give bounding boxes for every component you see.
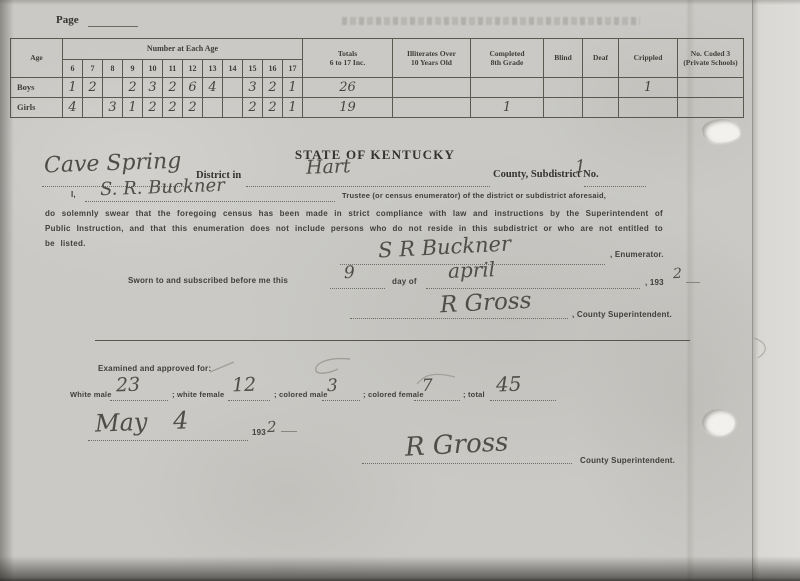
- pencil-dash: [281, 430, 297, 432]
- cell-boys-age-6: 1: [63, 78, 83, 98]
- blank-line: [362, 462, 572, 464]
- white-male-label: White male: [70, 390, 112, 399]
- col-header-age-12: 12: [183, 60, 203, 78]
- col-header-age-10: 10: [143, 60, 163, 78]
- cell-boys-extra-3: [544, 78, 583, 98]
- cell-boys-age-13: 4: [203, 78, 223, 98]
- trustee-role-label: Trustee (or census enumerator) of the di…: [342, 191, 606, 200]
- district-name-handwritten: Cave Spring: [44, 149, 182, 179]
- cell-girls-extra-2: 1: [471, 98, 544, 118]
- col-header-extra-5: Crippled: [619, 39, 678, 78]
- cell-boys-age-7: 2: [83, 78, 103, 98]
- col-header-age-14: 14: [223, 60, 243, 78]
- col-header-age-16: 16: [263, 60, 283, 78]
- blank-line: [110, 399, 168, 401]
- punch-hole-top: [702, 119, 740, 143]
- blank-line: [228, 399, 270, 401]
- cell-girls-age-16: 2: [263, 98, 283, 118]
- blank-line: [322, 399, 360, 401]
- cell-boys-extra-5: 1: [619, 78, 678, 98]
- cell-boys-age-15: 3: [243, 78, 263, 98]
- cell-girls-age-13: [203, 98, 223, 118]
- col-header-age-6: 6: [63, 60, 83, 78]
- cell-boys-extra-6: [678, 78, 744, 98]
- col-header-extra-1: Illiterates Over 10 Years Old: [393, 39, 471, 78]
- trustee-signature-handwritten: S. R. Buckner: [100, 175, 225, 200]
- col-header-age-9: 9: [123, 60, 143, 78]
- total-label: ; total: [463, 390, 485, 399]
- cell-girls-extra-1: [393, 98, 471, 118]
- cell-girls-age-10: 2: [143, 98, 163, 118]
- cell-boys-age-16: 2: [263, 78, 283, 98]
- blank-line: [330, 287, 385, 289]
- cell-girls-age-7: [83, 98, 103, 118]
- col-header-age-8: 8: [103, 60, 123, 78]
- approval-year-digit-handwritten: 2: [267, 418, 277, 436]
- colored-male-value-handwritten: 3: [327, 376, 339, 396]
- row-label-girls: Girls: [11, 98, 63, 118]
- cell-girls-age-9: 1: [123, 98, 143, 118]
- page-number-line: [88, 25, 138, 27]
- cell-girls-age-8: 3: [103, 98, 123, 118]
- page-label: Page: [56, 14, 79, 26]
- cell-girls-extra-6: [678, 98, 744, 118]
- year-prefix-label: , 193: [645, 278, 664, 288]
- cell-girls-extra-4: [583, 98, 619, 118]
- bleedthrough-text-strip: [342, 17, 640, 25]
- cell-girls-age-14: [223, 98, 243, 118]
- cell-girls-age-17: 1: [283, 98, 303, 118]
- blank-line: [584, 185, 646, 187]
- cell-boys-age-17: 1: [283, 78, 303, 98]
- col-header-extra-0: Totals 6 to 17 Inc.: [303, 39, 393, 78]
- cell-boys-age-10: 3: [143, 78, 163, 98]
- colored-female-label: ; colored female: [363, 390, 424, 399]
- col-header-age-17: 17: [283, 60, 303, 78]
- left-edge-shadow: [0, 0, 14, 581]
- cell-boys-age-9: 2: [123, 78, 143, 98]
- cell-boys-extra-4: [583, 78, 619, 98]
- approval-year-prefix: 193: [252, 428, 266, 438]
- sworn-day-handwritten: 9: [344, 263, 356, 283]
- county-name-handwritten: Hart: [306, 155, 351, 179]
- col-header-age-7: 7: [83, 60, 103, 78]
- white-male-value-handwritten: 23: [116, 374, 141, 397]
- punch-hole-bottom: [702, 409, 735, 436]
- col-header-extra-4: Deaf: [583, 39, 619, 78]
- blank-line: [426, 287, 640, 289]
- cell-girls-age-12: 2: [183, 98, 203, 118]
- subdistrict-number-handwritten: 1: [575, 157, 587, 177]
- colored-male-label: ; colored male: [274, 390, 328, 399]
- col-header-age-11: 11: [163, 60, 183, 78]
- col-header-age: Age: [11, 39, 63, 78]
- cell-girls-age-11: 2: [163, 98, 183, 118]
- pencil-mark: [415, 370, 457, 388]
- col-header-age-13: 13: [203, 60, 223, 78]
- census-table: AgeNumber at Each AgeTotals 6 to 17 Inc.…: [10, 38, 744, 118]
- cell-boys-extra-2: [471, 78, 544, 98]
- white-female-label: ; white female: [172, 390, 224, 399]
- paper-right-edge-strip: [752, 0, 800, 581]
- blank-line: [350, 317, 568, 319]
- col-header-extra-6: No. Coded 3 (Private Schools): [678, 39, 744, 78]
- blank-line: [246, 185, 490, 187]
- blank-line: [85, 200, 335, 202]
- bottom-edge-shadow: [0, 556, 800, 581]
- oath-paragraph: do solemnly swear that the foregoing cen…: [45, 206, 663, 251]
- total-value-handwritten: 45: [496, 372, 522, 397]
- blank-line: [490, 399, 556, 401]
- approval-superintendent-signature-handwritten: R Gross: [404, 427, 509, 462]
- col-header-extra-2: Completed 8th Grade: [471, 39, 544, 78]
- row-label-boys: Boys: [11, 78, 63, 98]
- enumerator-label: , Enumerator.: [610, 250, 664, 260]
- approval-date-handwritten: May 4: [95, 406, 189, 437]
- cell-boys-extra-1: [393, 78, 471, 98]
- approval-superintendent-label: County Superintendent.: [580, 456, 675, 466]
- sworn-statement-label: Sworn to and subscribed before me this: [128, 276, 288, 286]
- pencil-mark: [748, 336, 776, 360]
- cell-girls-age-6: 4: [63, 98, 83, 118]
- sworn-month-handwritten: april: [448, 257, 496, 283]
- col-header-number-at-each-age: Number at Each Age: [63, 39, 303, 60]
- cell-girls-extra-5: [619, 98, 678, 118]
- top-edge-shadow: [0, 0, 800, 5]
- cell-boys-age-14: [223, 78, 243, 98]
- scanned-census-form: Page AgeNumber at Each AgeTotals 6 to 17…: [0, 0, 800, 581]
- blank-line: [88, 439, 248, 441]
- pencil-mark: [310, 355, 354, 375]
- cell-boys-age-12: 6: [183, 78, 203, 98]
- cell-boys-age-11: 2: [163, 78, 183, 98]
- cell-boys-extra-0: 26: [303, 78, 393, 98]
- examined-approved-label: Examined and approved for:: [98, 364, 211, 374]
- cell-boys-age-8: [103, 78, 123, 98]
- i-label: I,: [71, 190, 76, 200]
- cell-girls-extra-3: [544, 98, 583, 118]
- col-header-age-15: 15: [243, 60, 263, 78]
- section-divider: [95, 339, 690, 341]
- day-of-label: day of: [392, 277, 417, 287]
- sworn-year-digit-handwritten: 2: [673, 266, 682, 282]
- superintendent-signature-handwritten: R Gross: [439, 288, 532, 319]
- superintendent-label: , County Superintendent.: [572, 310, 672, 320]
- cell-girls-age-15: 2: [243, 98, 263, 118]
- blank-line: [414, 399, 460, 401]
- white-female-value-handwritten: 12: [232, 374, 257, 397]
- cell-girls-extra-0: 19: [303, 98, 393, 118]
- pencil-dash: [686, 281, 700, 283]
- col-header-extra-3: Blind: [544, 39, 583, 78]
- pencil-mark: [208, 360, 236, 374]
